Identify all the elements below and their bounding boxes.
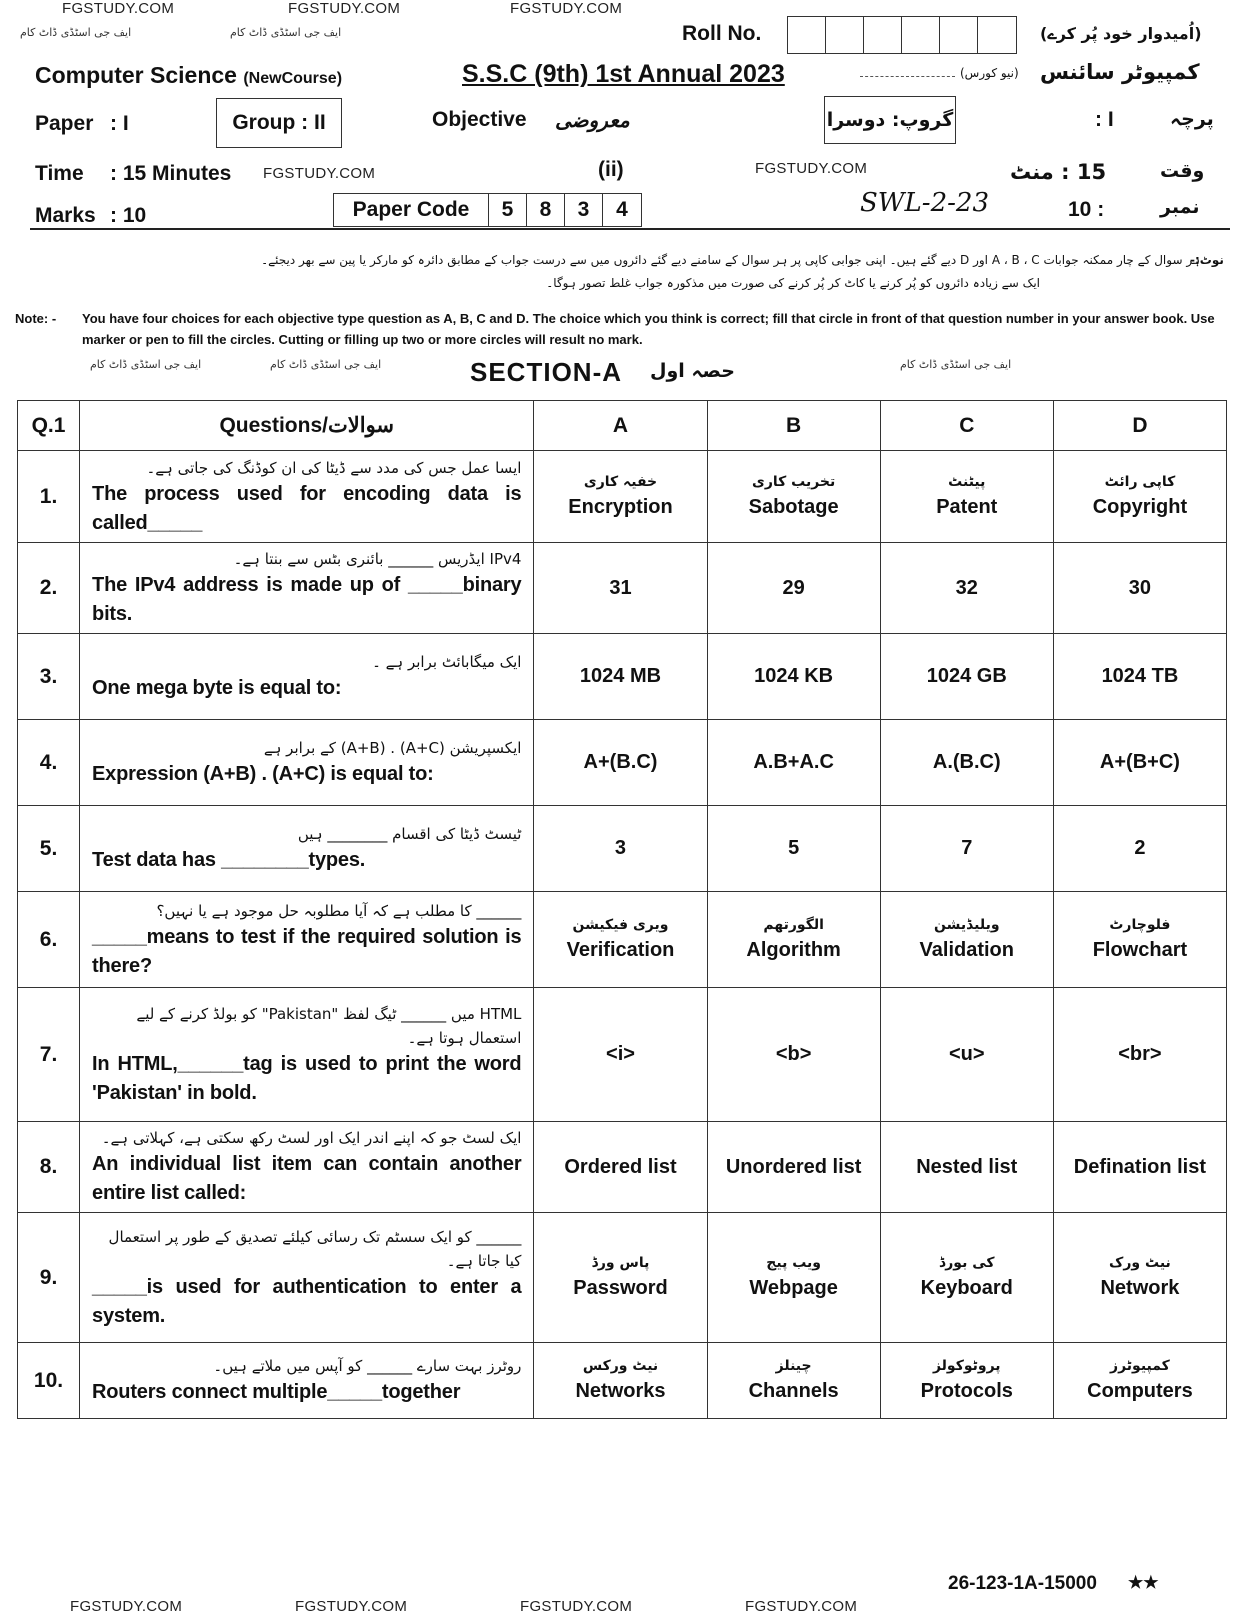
group-box-urdu: گروپ: دوسرا [824,96,956,144]
option-d[interactable]: 1024 TB [1053,634,1226,720]
option-english: <br> [1054,1043,1226,1066]
option-english: Webpage [708,1277,880,1300]
option-b[interactable]: 5 [707,806,880,892]
option-a[interactable]: خفیہ کاریEncryption [534,451,707,543]
subject-name-urdu: کمپیوٹر سائنس [1040,60,1200,84]
option-c[interactable]: کی بورڈKeyboard [880,1213,1053,1343]
roll-no-input[interactable] [787,16,1017,54]
question-urdu: ایک میگابائٹ برابر ہے ۔ [92,650,521,674]
option-english: <u> [881,1043,1053,1066]
watermark-urdu: ایف جی اسٹڈی ڈاٹ کام [20,26,131,39]
group-label-urdu: گروپ: دوسرا [827,109,954,131]
option-urdu: ویری فیکیشن [534,917,706,933]
paper-value-urdu: : I [1095,108,1114,132]
option-english: Algorithm [708,939,880,962]
group-label: Group : II [232,111,325,135]
roll-no-cell[interactable] [940,17,978,53]
question-english: One mega byte is equal to: [92,674,521,703]
paper-code-digit: 3 [565,194,603,226]
option-c[interactable]: 32 [880,543,1053,634]
paper-label: Paper [35,112,93,136]
option-english: <b> [708,1043,880,1066]
table-row: 5.ٹیسٹ ڈیٹا کی اقسام ________ ہیںTest da… [18,806,1227,892]
option-a[interactable]: 31 [534,543,707,634]
exam-title: S.S.C (9th) 1st Annual 2023 [462,60,785,89]
option-c[interactable]: 1024 GB [880,634,1053,720]
option-english: 3 [534,837,706,860]
question-number: 9. [18,1213,80,1343]
question-urdu: ______ کا مطلب ہے کہ آیا مطلوبہ حل موجود… [92,899,521,923]
option-c[interactable]: <u> [880,988,1053,1122]
question-number: 10. [18,1343,80,1419]
watermark: FGSTUDY.COM [295,1598,407,1612]
option-urdu: پروٹوکولز [881,1358,1053,1374]
time-value: : 15 Minutes [110,162,231,186]
option-english: Encryption [534,496,706,519]
table-row: 7.HTML میں ______ ٹیگ لفظ "Pakistan" کو … [18,988,1227,1122]
question-english: In HTML,______tag is used to print the w… [92,1050,521,1108]
option-english: Flowchart [1054,939,1226,962]
question-urdu: ایکسپریشن (A+C) . (A+B) کے برابر ہے [92,736,521,760]
option-d[interactable]: <br> [1053,988,1226,1122]
question-urdu: روٹرز بہت سارے ______ کو آپس میں ملاتے ہ… [92,1354,521,1378]
option-english: 32 [881,577,1053,600]
option-urdu: تخریب کاری [708,474,880,490]
option-english: A+(B+C) [1054,751,1226,774]
option-b[interactable]: تخریب کاریSabotage [707,451,880,543]
paper-code-box: Paper Code 5 8 3 4 [333,193,642,227]
watermark-urdu: ایف جی اسٹڈی ڈاٹ کام [230,26,341,39]
option-a[interactable]: Ordered list [534,1122,707,1213]
question-number: 8. [18,1122,80,1213]
option-d[interactable]: فلوچارٹFlowchart [1053,892,1226,988]
option-english: 1024 TB [1054,665,1226,688]
option-english: Verification [534,939,706,962]
option-d[interactable]: نیٹ ورکNetwork [1053,1213,1226,1343]
option-d[interactable]: Defination list [1053,1122,1226,1213]
option-d[interactable]: کمپیوٹرزComputers [1053,1343,1226,1419]
question-english: The process used for encoding data is ca… [92,480,521,538]
handwritten-code: SWL-2-23 [860,188,989,218]
time-label: Time [35,162,84,186]
table-header-row: Q.1 Questions/سوالات A B C D [18,401,1227,451]
question-text: ______ کا مطلب ہے کہ آیا مطلوبہ حل موجود… [80,892,534,988]
option-urdu: نیٹ ورکس [534,1358,706,1374]
time-value-urdu: 15 : منٹ [1010,160,1106,184]
option-english: 31 [534,577,706,600]
header-option-b: B [707,401,880,451]
option-urdu: کی بورڈ [881,1255,1053,1271]
option-english: Protocols [881,1380,1053,1403]
option-english: Patent [881,496,1053,519]
table-row: 10.روٹرز بہت سارے ______ کو آپس میں ملات… [18,1343,1227,1419]
table-row: 8.ایک لسٹ جو کہ اپنے اندر ایک اور لسٹ رک… [18,1122,1227,1213]
option-english: Sabotage [708,496,880,519]
question-english: _____is used for authentication to enter… [92,1273,521,1331]
option-a[interactable]: 1024 MB [534,634,707,720]
section-title-urdu: حصہ اول [650,360,735,382]
option-a[interactable]: 3 [534,806,707,892]
option-c[interactable]: پروٹوکولزProtocols [880,1343,1053,1419]
table-row: 3.ایک میگابائٹ برابر ہے ۔One mega byte i… [18,634,1227,720]
option-c[interactable]: 7 [880,806,1053,892]
course-label-urdu: (نیو کورس) [960,66,1019,80]
option-d[interactable]: A+(B+C) [1053,720,1226,806]
option-b[interactable]: 29 [707,543,880,634]
header-questions: Questions/سوالات [80,401,534,451]
option-urdu: پیٹنٹ [881,474,1053,490]
question-number: 4. [18,720,80,806]
question-number: 3. [18,634,80,720]
option-c[interactable]: Nested list [880,1122,1053,1213]
option-english: Networks [534,1380,706,1403]
option-urdu: چینلز [708,1358,880,1374]
roll-no-label: Roll No. [682,22,761,46]
note-english-text: You have four choices for each objective… [82,309,1232,351]
option-b[interactable]: الگورتھمAlgorithm [707,892,880,988]
table-row: 4.ایکسپریشن (A+C) . (A+B) کے برابر ہےExp… [18,720,1227,806]
subject-title: Computer Science (NewCourse) [35,62,342,89]
watermark-urdu: ایف جی اسٹڈی ڈاٹ کام [90,358,201,371]
option-c[interactable]: پیٹنٹPatent [880,451,1053,543]
group-box: Group : II [216,98,342,148]
option-english: Ordered list [534,1156,706,1179]
marks-value: : 10 [110,204,146,228]
watermark-urdu: ایف جی اسٹڈی ڈاٹ کام [270,358,381,371]
header-option-a: A [534,401,707,451]
question-text: ______ کو ایک سسٹم تک رسائی کیلئے تصدیق … [80,1213,534,1343]
roll-no-cell[interactable] [902,17,940,53]
watermark: FGSTUDY.COM [745,1598,857,1612]
watermark: FGSTUDY.COM [62,0,174,17]
option-d[interactable]: 30 [1053,543,1226,634]
option-english: Defination list [1054,1156,1226,1179]
question-english: An individual list item can contain anot… [92,1150,521,1208]
roll-no-cell[interactable] [826,17,864,53]
question-urdu: ایک لسٹ جو کہ اپنے اندر ایک اور لسٹ رکھ … [92,1126,521,1150]
question-urdu: IPv4 ایڈریس ______ بائنری بٹس سے بنتا ہے… [92,547,521,571]
part-label: (ii) [598,158,624,182]
question-number: 6. [18,892,80,988]
option-b[interactable]: <b> [707,988,880,1122]
header-divider [30,228,1230,230]
question-english: _____means to test if the required solut… [92,923,521,981]
type-label: Objective [432,108,527,132]
subject-name: Computer Science [35,62,237,88]
roll-no-cell[interactable] [788,17,826,53]
option-a[interactable]: ویری فیکیشنVerification [534,892,707,988]
marks-label-urdu: نمبر [1160,196,1199,218]
question-english: The IPv4 address is made up of _____bina… [92,571,521,629]
option-english: Validation [881,939,1053,962]
option-urdu: کمپیوٹرز [1054,1358,1226,1374]
question-urdu: ٹیسٹ ڈیٹا کی اقسام ________ ہیں [92,822,521,846]
header-option-d: D [1053,401,1226,451]
footer-code: 26-123-1A-15000 [948,1573,1097,1595]
option-english: 30 [1054,577,1226,600]
note-urdu-line1: ہر سوال کے چار ممکنہ جوابات A ، B ، C او… [120,253,1200,267]
option-english: 29 [708,577,880,600]
question-english: Routers connect multiple_____together [92,1378,521,1407]
table-row: 6.______ کا مطلب ہے کہ آیا مطلوبہ حل موج… [18,892,1227,988]
table-row: 9.______ کو ایک سسٹم تک رسائی کیلئے تصدی… [18,1213,1227,1343]
option-english: 2 [1054,837,1226,860]
option-b[interactable]: ویب پیجWebpage [707,1213,880,1343]
option-b[interactable]: 1024 KB [707,634,880,720]
watermark: FGSTUDY.COM [70,1598,182,1612]
question-urdu: HTML میں ______ ٹیگ لفظ "Pakistan" کو بو… [92,1002,521,1050]
paper-code-digit: 5 [489,194,527,226]
watermark: FGSTUDY.COM [520,1598,632,1612]
question-number: 5. [18,806,80,892]
option-english: 1024 GB [881,665,1053,688]
option-c[interactable]: A.(B.C) [880,720,1053,806]
option-a[interactable]: <i> [534,988,707,1122]
paper-label-urdu: پرچہ [1170,108,1214,130]
course-label: (NewCourse) [243,70,342,87]
option-english: 5 [708,837,880,860]
divider-dash [860,76,955,77]
option-english: <i> [534,1043,706,1066]
note-urdu-label: نوٹ:- [1190,253,1224,267]
option-english: Computers [1054,1380,1226,1403]
paper-code-digit: 4 [603,194,641,226]
option-urdu: پاس ورڈ [534,1255,706,1271]
question-text: ایک میگابائٹ برابر ہے ۔One mega byte is … [80,634,534,720]
table-row: 1.ایسا عمل جس کی مدد سے ڈیٹا کی ان کوڈنگ… [18,451,1227,543]
watermark: FGSTUDY.COM [755,160,867,177]
option-english: Copyright [1054,496,1226,519]
question-text: ایسا عمل جس کی مدد سے ڈیٹا کی ان کوڈنگ ک… [80,451,534,543]
option-english: 7 [881,837,1053,860]
option-a[interactable]: پاس ورڈPassword [534,1213,707,1343]
question-urdu: ______ کو ایک سسٹم تک رسائی کیلئے تصدیق … [92,1225,521,1273]
option-a[interactable]: A+(B.C) [534,720,707,806]
option-english: Nested list [881,1156,1053,1179]
option-english: A.(B.C) [881,751,1053,774]
option-english: Password [534,1277,706,1300]
question-number: 7. [18,988,80,1122]
question-number: 2. [18,543,80,634]
option-urdu: خفیہ کاری [534,474,706,490]
footer-stars: ★★ [1128,1573,1158,1593]
header-qno: Q.1 [18,401,80,451]
watermark: FGSTUDY.COM [288,0,400,17]
watermark: FGSTUDY.COM [510,0,622,17]
option-english: Network [1054,1277,1226,1300]
option-b[interactable]: چینلزChannels [707,1343,880,1419]
question-text: HTML میں ______ ٹیگ لفظ "Pakistan" کو بو… [80,988,534,1122]
option-d[interactable]: کاپی رائٹCopyright [1053,451,1226,543]
option-english: Keyboard [881,1277,1053,1300]
option-b[interactable]: Unordered list [707,1122,880,1213]
question-urdu: ایسا عمل جس کی مدد سے ڈیٹا کی ان کوڈنگ ک… [92,456,521,480]
option-english: A.B+A.C [708,751,880,774]
question-text: ایکسپریشن (A+C) . (A+B) کے برابر ہےExpre… [80,720,534,806]
section-title: SECTION-A [470,357,622,388]
option-english: Unordered list [708,1156,880,1179]
header-option-c: C [880,401,1053,451]
note-urdu-line2: ایک سے زیادہ دائروں کو پُر کرنے یا کاٹ ک… [300,276,1040,290]
paper-value: : I [110,112,129,136]
marks-value-urdu: 10 : [1068,198,1104,222]
marks-label: Marks [35,204,96,228]
paper-code-digit: 8 [527,194,565,226]
question-text: ایک لسٹ جو کہ اپنے اندر ایک اور لسٹ رکھ … [80,1122,534,1213]
option-d[interactable]: 2 [1053,806,1226,892]
question-text: IPv4 ایڈریس ______ بائنری بٹس سے بنتا ہے… [80,543,534,634]
note-english-label: Note: - [15,309,56,330]
question-english: Test data has ________types. [92,846,521,875]
question-english: Expression (A+B) . (A+C) is equal to: [92,760,521,789]
option-urdu: فلوچارٹ [1054,917,1226,933]
option-urdu: نیٹ ورک [1054,1255,1226,1271]
time-label-urdu: وقت [1160,160,1204,182]
option-b[interactable]: A.B+A.C [707,720,880,806]
table-row: 2.IPv4 ایڈریس ______ بائنری بٹس سے بنتا … [18,543,1227,634]
paper-code-label: Paper Code [334,194,489,226]
question-number: 1. [18,451,80,543]
option-english: Channels [708,1380,880,1403]
option-urdu: کاپی رائٹ [1054,474,1226,490]
option-urdu: ویب پیج [708,1255,880,1271]
option-c[interactable]: ویلیڈیشنValidation [880,892,1053,988]
questions-table: Q.1 Questions/سوالات A B C D 1.ایسا عمل … [17,400,1227,1419]
roll-no-note: (اُمیدوار خود پُر کرے) [1040,24,1202,43]
option-urdu: ویلیڈیشن [881,917,1053,933]
option-urdu: الگورتھم [708,917,880,933]
question-text: روٹرز بہت سارے ______ کو آپس میں ملاتے ہ… [80,1343,534,1419]
watermark-urdu: ایف جی اسٹڈی ڈاٹ کام [900,358,1011,371]
watermark: FGSTUDY.COM [263,165,375,182]
option-a[interactable]: نیٹ ورکسNetworks [534,1343,707,1419]
option-english: 1024 MB [534,665,706,688]
option-english: A+(B.C) [534,751,706,774]
type-label-urdu: معروضی [555,108,630,132]
option-english: 1024 KB [708,665,880,688]
roll-no-cell[interactable] [864,17,902,53]
roll-no-cell[interactable] [978,17,1016,53]
question-text: ٹیسٹ ڈیٹا کی اقسام ________ ہیںTest data… [80,806,534,892]
